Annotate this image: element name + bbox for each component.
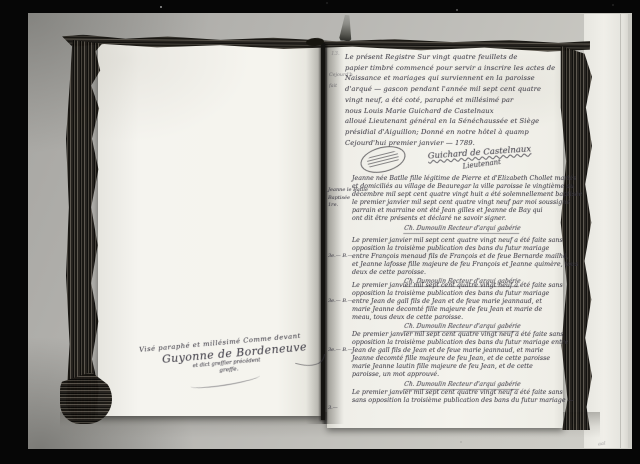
entry-line: marie Jeanne decomté fille majeure de fe…	[352, 306, 560, 314]
entry-line: paroisse, un mot approuvé.	[352, 371, 560, 379]
register-header: Le présent Registre Sur vingt quatre feu…	[345, 52, 559, 148]
entry-line: sans opposition la troisième publication…	[352, 397, 560, 405]
folio-number: 13.	[331, 51, 340, 57]
header-line: présidial d'Aiguillon; Donné en notre hô…	[345, 127, 559, 138]
register-entry-5: 3.— Le premier janvier mil sept cent qua…	[352, 389, 560, 405]
entry-line: opposition la troisième publication des …	[352, 290, 560, 298]
header-line: nous Louis Marie Guichard de Castelnaux	[345, 106, 559, 117]
header-line: vingt neuf, a été coté, paraphé et millé…	[345, 95, 559, 106]
register-entry-3: 3e.— B.— Le premier janvier mil sept cen…	[352, 282, 560, 332]
entry-signature: Ch. Dumoulin Recteur d'arqui gabérie	[403, 381, 521, 390]
entry-line: Jeanne decomté fille majeure de feu Jean…	[352, 355, 560, 363]
register-entry-1: Jeanne le BatlleBaptisée1re. Jeanne née …	[352, 175, 560, 233]
entry-line: meau, tous deux de cette paroisse.	[352, 314, 560, 322]
dust-specks	[160, 6, 162, 8]
entry-line: Le premier janvier mil sept cent quatre …	[352, 237, 560, 245]
header-line: alloué Lieutenant général en la Sénéchau…	[345, 116, 559, 127]
entry-line: Le premier janvier mil sept cent quatre …	[352, 282, 560, 290]
flyleaf-seam	[620, 14, 621, 448]
header-line: papier timbré commencé pour servir a ins…	[345, 63, 559, 74]
register-entry-2: 3e.— B.— Le premier janvier mil sept cen…	[352, 237, 560, 287]
entry-line: ont dit être présents et déclaré ne savo…	[352, 215, 560, 223]
entry-line: et Jeanne lafosse fille majeure de feu F…	[352, 261, 560, 269]
entry-line: deux de cette paroisse.	[352, 269, 560, 277]
entry-margin-note: 3.—	[328, 405, 372, 413]
header-line: Le présent Registre Sur vingt quatre feu…	[345, 52, 559, 63]
header-line: Naissance et mariages qui surviennent en…	[345, 73, 559, 84]
entry-signature: Ch. Dumoulin Recteur d'arqui gabérie	[403, 225, 521, 234]
header-line: d'arqué — gascon pendant l'année mil sep…	[345, 84, 559, 95]
gutter-shadow	[306, 44, 344, 424]
margin-line: 3.—	[328, 405, 372, 413]
entry-line: opposition la troisième publication des …	[352, 339, 560, 347]
corner-pencil-mark: aal	[598, 441, 606, 448]
entry-line: Le premier janvier mil sept cent quatre …	[352, 389, 560, 397]
entry-line: Jeanne née Batlle fille légitime de Pier…	[352, 175, 560, 183]
register-entry-4: 3e.— B.— De premier janvier mil sept cen…	[352, 331, 560, 389]
entry-line: De premier janvier mil sept cent quatre …	[352, 331, 560, 339]
entry-line: opposition la troisième publication des …	[352, 245, 560, 253]
entry-line: et domiciliés au village de Beauregar la…	[352, 183, 560, 191]
manuscript-scan: 13. Cejourd'huifait Le présent Registre …	[0, 0, 640, 464]
book-gutter	[321, 43, 325, 420]
